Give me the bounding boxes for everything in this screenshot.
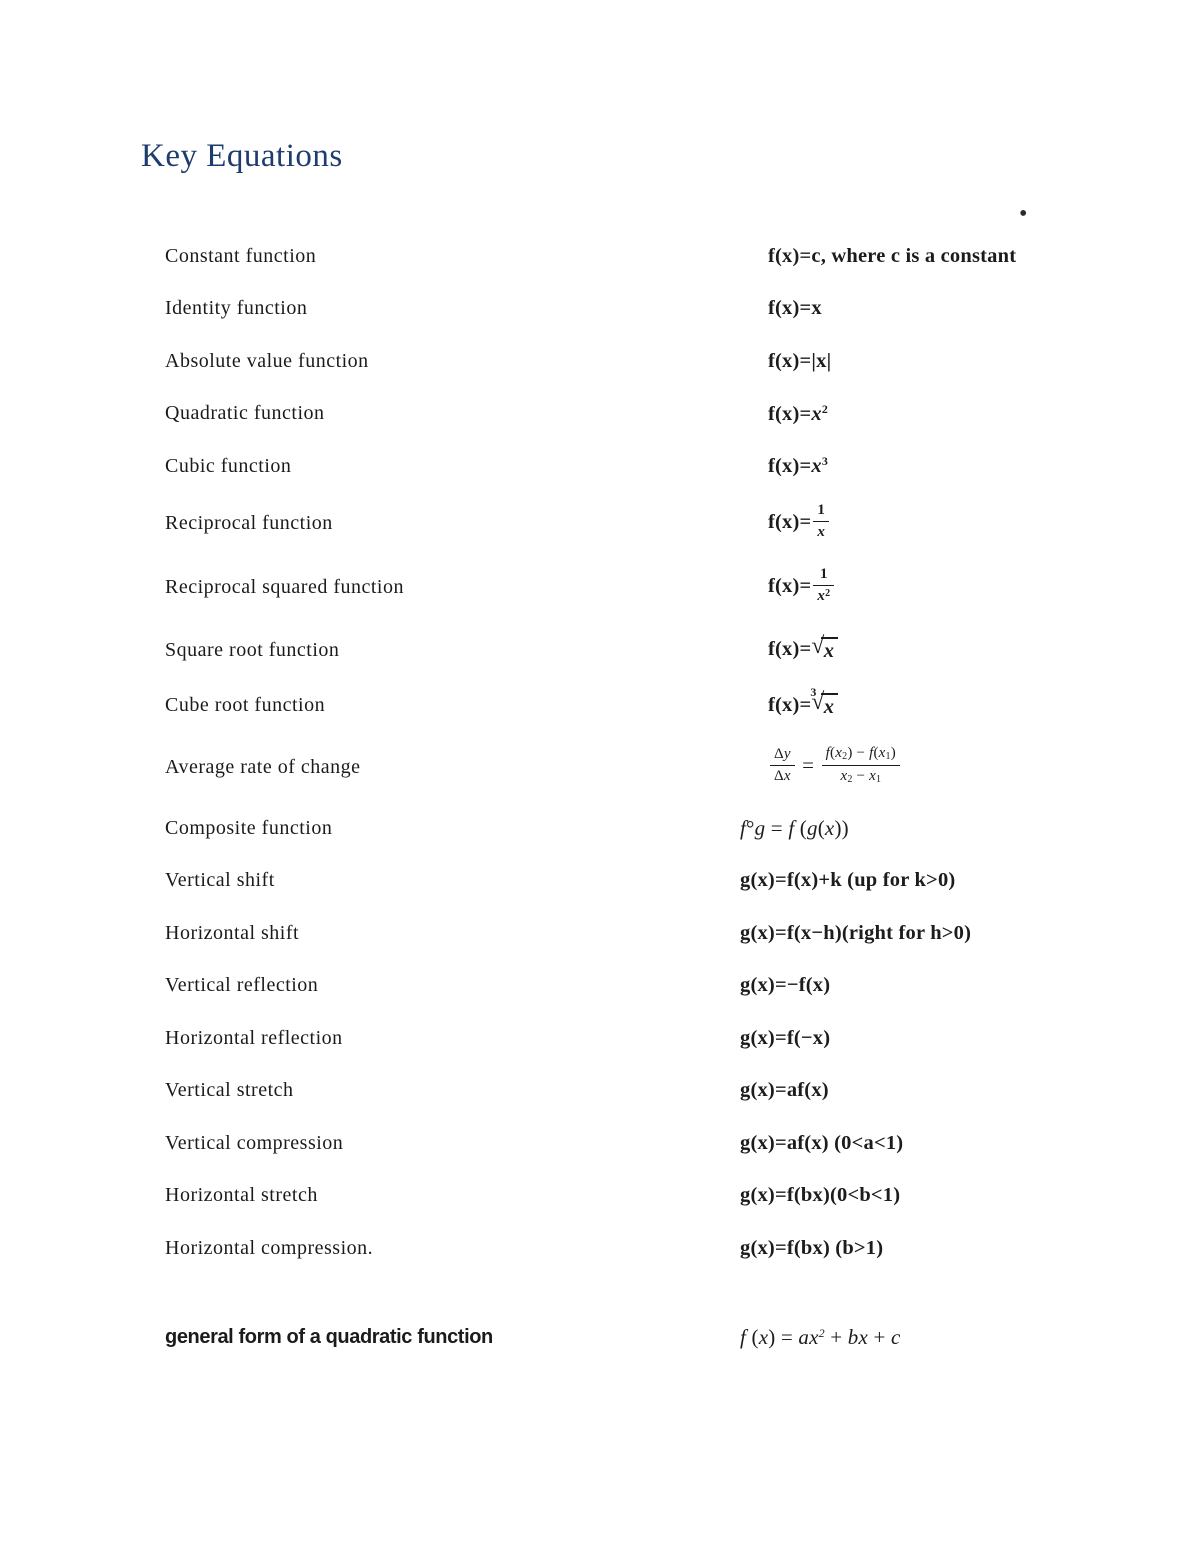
function-equation: g(x)=f(bx) (b>1) [740,1237,1150,1260]
fraction-denominator: x [813,522,829,542]
function-label: Horizontal shift [165,922,740,945]
equation-segment: f(x)=c, where c is a constant [768,245,1016,267]
function-equation: f(x)=1x [740,503,1150,544]
equation-segment: x [817,524,825,540]
equation-row: Composite function f°g = f (g(x)) [165,802,1150,855]
equation-segment: f(x)= [768,403,811,425]
fraction: f(x2) − f(x1)x2 − x1 [822,744,900,786]
radical-sign-icon: √ [811,691,824,715]
equation-segment: ) = [768,1325,798,1349]
function-equation: f(x)=1x2 [740,567,1150,608]
equation-segment: x [811,455,821,477]
function-label: Reciprocal squared function [165,576,740,599]
function-equation: g(x)=−f(x) [740,974,1150,997]
equation-segment: 1 [820,566,828,582]
equation-row: Constant function f(x)=c, where c is a c… [165,230,1150,283]
equation-segment: x [840,768,847,784]
radical: 3√x [811,693,838,719]
equation-segment: y [784,746,791,762]
function-equation: f°g = f (g(x)) [740,816,1150,841]
function-equation: g(x)=af(x) (0<a<1) [740,1132,1150,1155]
function-label: Cubic function [165,455,740,478]
radical: √x [811,637,838,663]
equation-segment: f(x)=x [768,297,822,319]
equation-list: Constant function f(x)=c, where c is a c… [165,230,1150,1364]
function-label: Identity function [165,297,740,320]
equation-segment: f(x)= [768,455,811,477]
function-label: Constant function [165,245,740,268]
function-equation: f(x)=x [740,297,1150,320]
equation-segment: g(x)=f(bx)(0<b<1) [740,1184,900,1206]
function-label: general form of a quadratic function [165,1326,740,1349]
radical-sign-icon: √ [811,635,824,659]
function-label: Absolute value function [165,350,740,373]
equation-segment: f(x)= [768,575,811,597]
equation-row: Cubic function f(x)=x3 [165,440,1150,493]
fraction-numerator: f(x2) − f(x1) [822,744,900,766]
fraction-numerator: 1 [813,501,829,522]
function-equation: f(x)=x2 [740,402,1150,426]
equation-row: Quadratic function f(x)=x2 [165,388,1150,441]
fraction: 1x2 [813,565,834,606]
function-equation: g(x)=f(x)+k (up for k>0) [740,869,1150,892]
equation-row: Reciprocal squared function f(x)=1x2 [165,555,1150,621]
equation-segment: + [868,1325,891,1349]
equation-segment: x [784,768,791,784]
fraction-denominator: x2 − x1 [822,766,900,787]
equation-segment: Δ [774,768,784,784]
function-label: Horizontal stretch [165,1184,740,1207]
function-equation: g(x)=f(−x) [740,1027,1150,1050]
equation-segment: x [817,588,825,604]
equation-segment: f(x)=|x| [768,350,831,372]
function-equation: f(x)=x3 [740,454,1150,478]
equation-segment: 2 [825,588,830,599]
function-equation: f(x)=c, where c is a constant [740,245,1150,268]
equation-row: Vertical shift g(x)=f(x)+k (up for k>0) [165,855,1150,908]
equation-segment: ( [794,816,807,840]
equation-segment: g(x)=f(x)+k (up for k>0) [740,869,955,891]
equation-segment: ( [818,816,825,840]
equation-segment: f(x)= [768,638,811,660]
fraction: 1x [813,501,829,542]
equation-segment: ( [746,1325,759,1349]
function-label: Vertical shift [165,869,740,892]
equation-segment: x [759,1325,769,1349]
equation-segment: 3 [822,454,828,468]
function-label: Vertical reflection [165,974,740,997]
equation-segment: bx [848,1325,868,1349]
equation-segment: )) [834,816,848,840]
equation-segment: = [765,816,788,840]
fraction-denominator: x2 [813,586,834,606]
page-title: Key Equations [141,138,343,175]
document-page: Key Equations • Constant function f(x)=c… [0,0,1200,1553]
function-label: Average rate of change [165,756,740,779]
equation-segment: 2 [822,402,828,416]
equation-segment: − [853,768,870,784]
fraction-numerator: 1 [813,565,834,586]
function-label: Horizontal reflection [165,1027,740,1050]
equation-row: Horizontal shift g(x)=f(x−h)(right for h… [165,907,1150,960]
equation-segment: ax [798,1325,818,1349]
function-equation: f(x)=|x| [740,350,1150,373]
equation-row: Identity function f(x)=x [165,283,1150,336]
equation-segment: g [807,816,818,840]
function-label: Square root function [165,639,740,662]
equation-segment: x [824,696,834,718]
equation-row: Average rate of change ΔyΔx = f(x2) − f(… [165,732,1150,802]
equation-row: Horizontal compression. g(x)=f(bx) (b>1) [165,1222,1150,1275]
function-equation: f(x)=√x [740,637,1150,663]
stray-list-bullet: • [1019,202,1027,226]
equation-segment: + [825,1325,848,1349]
equation-segment: ) [891,745,896,761]
equation-segment: f(x)= [768,511,811,533]
equation-segment: 1 [817,502,825,518]
equation-row: general form of a quadratic function f (… [165,1312,1150,1364]
equation-segment: x [811,403,821,425]
equation-segment: g [755,816,766,840]
fraction-numerator: Δy [770,745,795,766]
equation-segment: = [797,753,820,777]
equation-row: Vertical compression g(x)=af(x) (0<a<1) [165,1117,1150,1170]
equation-row: Reciprocal function f(x)=1x [165,493,1150,555]
function-equation: g(x)=f(bx)(0<b<1) [740,1184,1150,1207]
equation-row: Vertical stretch g(x)=af(x) [165,1065,1150,1118]
equation-segment: g(x)=f(−x) [740,1027,830,1049]
equation-segment: g(x)=af(x) [740,1079,829,1101]
equation-row: Cube root function f(x)=3√x [165,680,1150,733]
equation-segment: g(x)=−f(x) [740,974,830,996]
fraction-denominator: Δx [770,766,795,786]
equation-segment: f(x)= [768,694,811,716]
equation-segment: x [879,745,886,761]
function-label: Vertical stretch [165,1079,740,1102]
equation-row: Horizontal reflection g(x)=f(−x) [165,1012,1150,1065]
function-equation: g(x)=f(x−h)(right for h>0) [740,922,1150,945]
equation-segment: x [824,640,834,662]
function-label: Reciprocal function [165,512,740,535]
function-label: Composite function [165,817,740,840]
fraction: ΔyΔx [770,745,795,786]
function-equation: ΔyΔx = f(x2) − f(x1)x2 − x1 [740,746,1150,788]
equation-segment: g(x)=af(x) (0<a<1) [740,1132,903,1154]
function-label: Cube root function [165,694,740,717]
equation-row: Horizontal stretch g(x)=f(bx)(0<b<1) [165,1170,1150,1223]
function-label: Horizontal compression. [165,1237,740,1260]
function-equation: f (x) = ax2 + bx + c [740,1325,1150,1350]
function-equation: f(x)=3√x [740,693,1150,719]
equation-row: Square root function f(x)=√x [165,621,1150,680]
function-equation: g(x)=af(x) [740,1079,1150,1102]
function-label: Quadratic function [165,402,740,425]
equation-segment: g(x)=f(x−h)(right for h>0) [740,922,971,944]
function-label: Vertical compression [165,1132,740,1155]
equation-segment: ° [746,816,755,840]
equation-segment: g(x)=f(bx) (b>1) [740,1237,883,1259]
equation-segment: Δ [774,746,784,762]
equation-row: Vertical reflection g(x)=−f(x) [165,960,1150,1013]
equation-row: Absolute value function f(x)=|x| [165,335,1150,388]
equation-segment: c [891,1325,901,1349]
equation-segment: 1 [876,774,881,785]
equation-segment: ) − [847,745,869,761]
